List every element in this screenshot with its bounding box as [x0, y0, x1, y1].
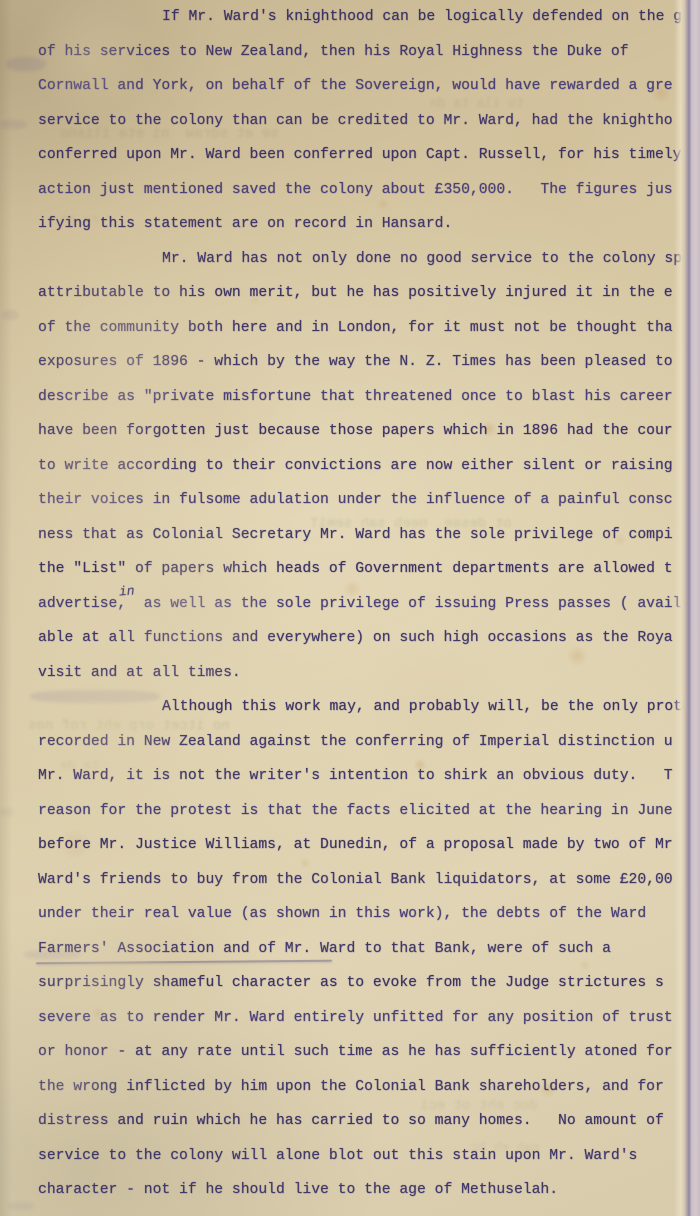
text-line: attributable to his own merit, but he ha… — [38, 285, 683, 320]
text-line: Mr. Ward has not only done no good servi… — [38, 251, 683, 286]
text-line: exposures of 1896 - which by the way the… — [38, 354, 683, 389]
text-line: distress and ruin which he has carried t… — [38, 1113, 683, 1148]
text-line: Farmers' Association and of Mr. Ward to … — [38, 941, 683, 976]
text-line: advertise, as well as the sole privilege… — [38, 596, 683, 631]
text-line: have been forgotten just because those p… — [38, 423, 683, 458]
text-line: to write according to their convictions … — [38, 458, 683, 493]
text-line: or honor - at any rate until such time a… — [38, 1044, 683, 1079]
text-line: service to the colony will alone blot ou… — [38, 1148, 683, 1183]
ink-smudge — [8, 1202, 34, 1210]
text-line: recorded in New Zealand against the conf… — [38, 734, 683, 769]
typewritten-text: If Mr. Ward's knighthood can be logicall… — [38, 9, 683, 1216]
ink-smudge — [0, 808, 14, 816]
text-line: visit and at all times. — [38, 665, 683, 700]
text-line: Cornwall and York, on behalf of the Sove… — [38, 78, 683, 113]
left-edge-shadow — [0, 0, 12, 1216]
ink-smudge — [2, 310, 18, 320]
ink-smudge — [0, 120, 26, 129]
text-line: Although this work may, and probably wil… — [38, 699, 683, 734]
text-line: describe as "private misfortune that thr… — [38, 389, 683, 424]
text-line: ness that as Colonial Secretary Mr. Ward… — [38, 527, 683, 562]
text-line: conferred upon Mr. Ward been conferred u… — [38, 147, 683, 182]
text-line: Mr. Ward, it is not the writer's intenti… — [38, 768, 683, 803]
text-line: the wrong inflicted by him upon the Colo… — [38, 1079, 683, 1114]
text-line: of his services to New Zealand, then his… — [38, 44, 683, 79]
text-line: their voices in fulsome adulation under … — [38, 492, 683, 527]
text-line: If Mr. Ward's knighthood can be logicall… — [38, 9, 683, 44]
text-line: action just mentioned saved the colony a… — [38, 182, 683, 217]
text-line: Ward's friends to buy from the Colonial … — [38, 872, 683, 907]
text-line: character - not if he should live to the… — [38, 1182, 683, 1216]
text-line: under their real value (as shown in this… — [38, 906, 683, 941]
text-line: severe as to render Mr. Ward entirely un… — [38, 1010, 683, 1045]
text-line: of the community both here and in London… — [38, 320, 683, 355]
text-line: able at all functions and everywhere) on… — [38, 630, 683, 665]
text-line: reason for the protest is that the facts… — [38, 803, 683, 838]
text-line: service to the colony than can be credit… — [38, 113, 683, 148]
text-line: ifying this statement are on record in H… — [38, 216, 683, 251]
text-line: surprisingly shameful character as to ev… — [38, 975, 683, 1010]
document-page: se et sdraw ni eta ilisnoto ila ta dnot … — [0, 0, 700, 1216]
typed-insertion-above-line: in — [118, 583, 135, 599]
text-line: before Mr. Justice Williams, at Dunedin,… — [38, 837, 683, 872]
